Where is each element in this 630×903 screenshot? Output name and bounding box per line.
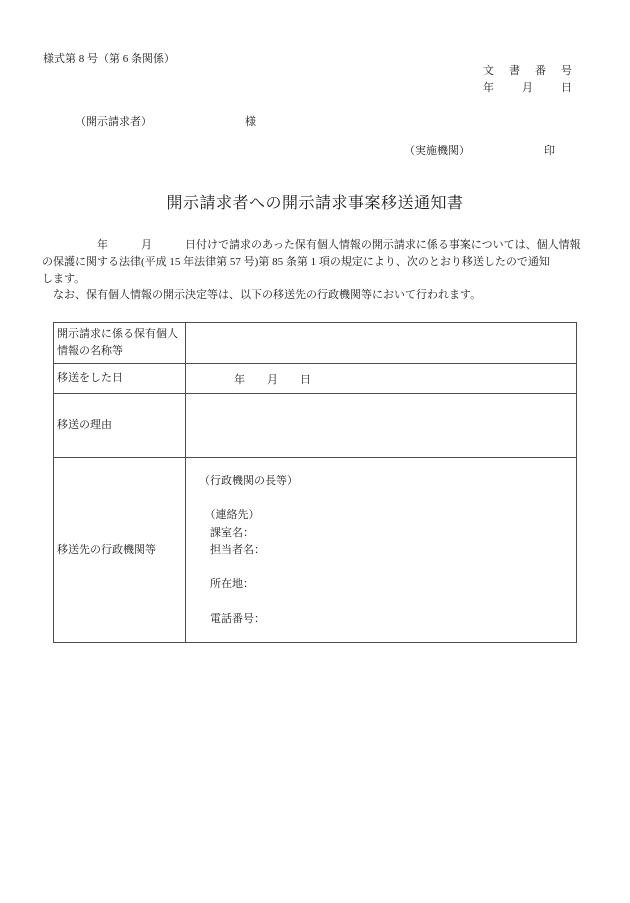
body-line: します。 <box>42 271 588 288</box>
destination-agency-field: （行政機関の長等） （連絡先） 課室名： 担当者名： 所在地： 電話番号： <box>186 458 576 642</box>
row-label-text: 移送の理由 <box>57 417 112 434</box>
transfer-date-field: 年 月 日 <box>186 364 576 394</box>
document-number-label: 文 書 番 号 <box>483 63 574 80</box>
transfer-details-table: 開示請求に係る保有個人情報の名称等 移送をした日 年 月 日 移送の理由 移送先… <box>53 322 577 643</box>
blank-line <box>199 559 572 576</box>
phone-number-label: 電話番号： <box>199 611 572 628</box>
implementing-agency-label: （実施機関） <box>404 142 470 158</box>
blank-line <box>199 593 572 610</box>
document-title: 開示請求者への開示請求事案移送通知書 <box>0 190 630 213</box>
information-name-field <box>186 323 576 364</box>
requester-label: （開示請求者） <box>75 113 152 129</box>
address-label: 所在地： <box>199 576 572 593</box>
department-name-label: 課室名： <box>199 525 572 542</box>
agency-head-label: （行政機関の長等） <box>199 473 572 490</box>
body-line: の保護に関する法律(平成 15 年法律第 57 号)第 85 条第 1 項の規定… <box>42 254 588 271</box>
seal-mark: 印 <box>544 142 555 158</box>
row-label-text: 移送をした日 <box>57 370 123 387</box>
blank-line <box>199 490 572 507</box>
requester-honorific: 様 <box>245 113 256 129</box>
row-label-transfer-reason: 移送の理由 <box>54 394 186 458</box>
document-page: 様式第 8 号（第 6 条関係） 文 書 番 号 年 月 日 （開示請求者） 様… <box>0 0 630 903</box>
row-label-information-name: 開示請求に係る保有個人情報の名称等 <box>54 323 186 364</box>
body-paragraph: 年 月 日付けで請求のあった保有個人情報の開示請求に係る事案については、個人情報… <box>42 237 588 304</box>
row-label-text: 開示請求に係る保有個人情報の名称等 <box>57 326 182 360</box>
document-date-label: 年 月 日 <box>483 80 574 97</box>
document-number-block: 文 書 番 号 年 月 日 <box>483 63 574 97</box>
contact-person-label: 担当者名： <box>199 542 572 559</box>
body-line: 年 月 日付けで請求のあった保有個人情報の開示請求に係る事案については、個人情報 <box>42 237 588 254</box>
transfer-reason-field <box>186 394 576 458</box>
row-label-text: 移送先の行政機関等 <box>57 542 156 559</box>
row-label-transfer-date: 移送をした日 <box>54 364 186 394</box>
contact-label: （連絡先） <box>199 507 572 524</box>
row-label-destination-agency: 移送先の行政機関等 <box>54 458 186 642</box>
body-line: なお、保有個人情報の開示決定等は、以下の移送先の行政機関等において行われます。 <box>42 287 588 304</box>
form-number: 様式第 8 号（第 6 条関係） <box>43 50 175 66</box>
